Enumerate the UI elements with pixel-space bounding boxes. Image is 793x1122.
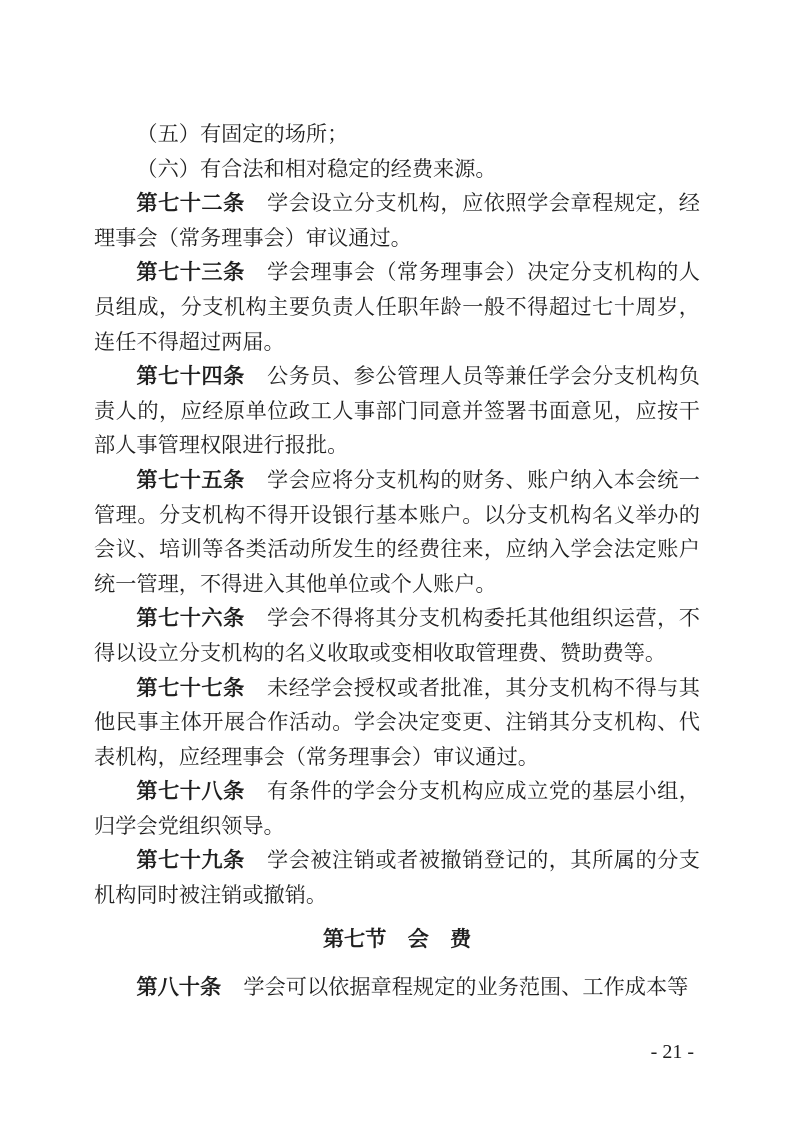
article-77: 第七十七条未经学会授权或者批准，其分支机构不得与其他民事主体开展合作活动。学会决… xyxy=(94,671,700,775)
article-75: 第七十五条学会应将分支机构的财务、账户纳入本会统一管理。分支机构不得开设银行基本… xyxy=(94,463,700,601)
clause-item-5: （五）有固定的场所； xyxy=(94,117,700,152)
article-number: 第八十条 xyxy=(136,975,221,999)
article-number: 第七十四条 xyxy=(136,364,244,388)
article-74: 第七十四条公务员、参公管理人员等兼任学会分支机构负责人的，应经原单位政工人事部门… xyxy=(94,359,700,463)
clause-text: （六）有合法和相对稳定的经费来源。 xyxy=(136,157,496,181)
article-78: 第七十八条有条件的学会分支机构应成立党的基层小组，归学会党组织领导。 xyxy=(94,774,700,843)
article-text: 学会可以依据章程规定的业务范围、工作成本等 xyxy=(243,975,688,999)
document-body: （五）有固定的场所； （六）有合法和相对稳定的经费来源。 第七十二条学会设立分支… xyxy=(94,117,700,1005)
article-80: 第八十条学会可以依据章程规定的业务范围、工作成本等 xyxy=(94,970,700,1005)
section-heading: 第七节 会 费 xyxy=(94,922,700,957)
clause-text: （五）有固定的场所； xyxy=(136,122,348,146)
document-page: （五）有固定的场所； （六）有合法和相对稳定的经费来源。 第七十二条学会设立分支… xyxy=(0,0,793,1122)
article-72: 第七十二条学会设立分支机构，应依照学会章程规定，经理事会（常务理事会）审议通过。 xyxy=(94,186,700,255)
article-number: 第七十七条 xyxy=(136,676,244,700)
page-number: - 21 - xyxy=(94,1040,694,1064)
article-number: 第七十二条 xyxy=(136,191,244,215)
article-number: 第七十八条 xyxy=(136,779,244,803)
article-number: 第七十六条 xyxy=(136,606,244,630)
article-number: 第七十五条 xyxy=(136,468,244,492)
article-79: 第七十九条学会被注销或者被撤销登记的，其所属的分支机构同时被注销或撤销。 xyxy=(94,843,700,912)
article-73: 第七十三条学会理事会（常务理事会）决定分支机构的人员组成，分支机构主要负责人任职… xyxy=(94,255,700,359)
article-number: 第七十三条 xyxy=(136,260,244,284)
clause-item-6: （六）有合法和相对稳定的经费来源。 xyxy=(94,152,700,187)
article-number: 第七十九条 xyxy=(136,848,244,872)
article-76: 第七十六条学会不得将其分支机构委托其他组织运营，不得以设立分支机构的名义收取或变… xyxy=(94,601,700,670)
